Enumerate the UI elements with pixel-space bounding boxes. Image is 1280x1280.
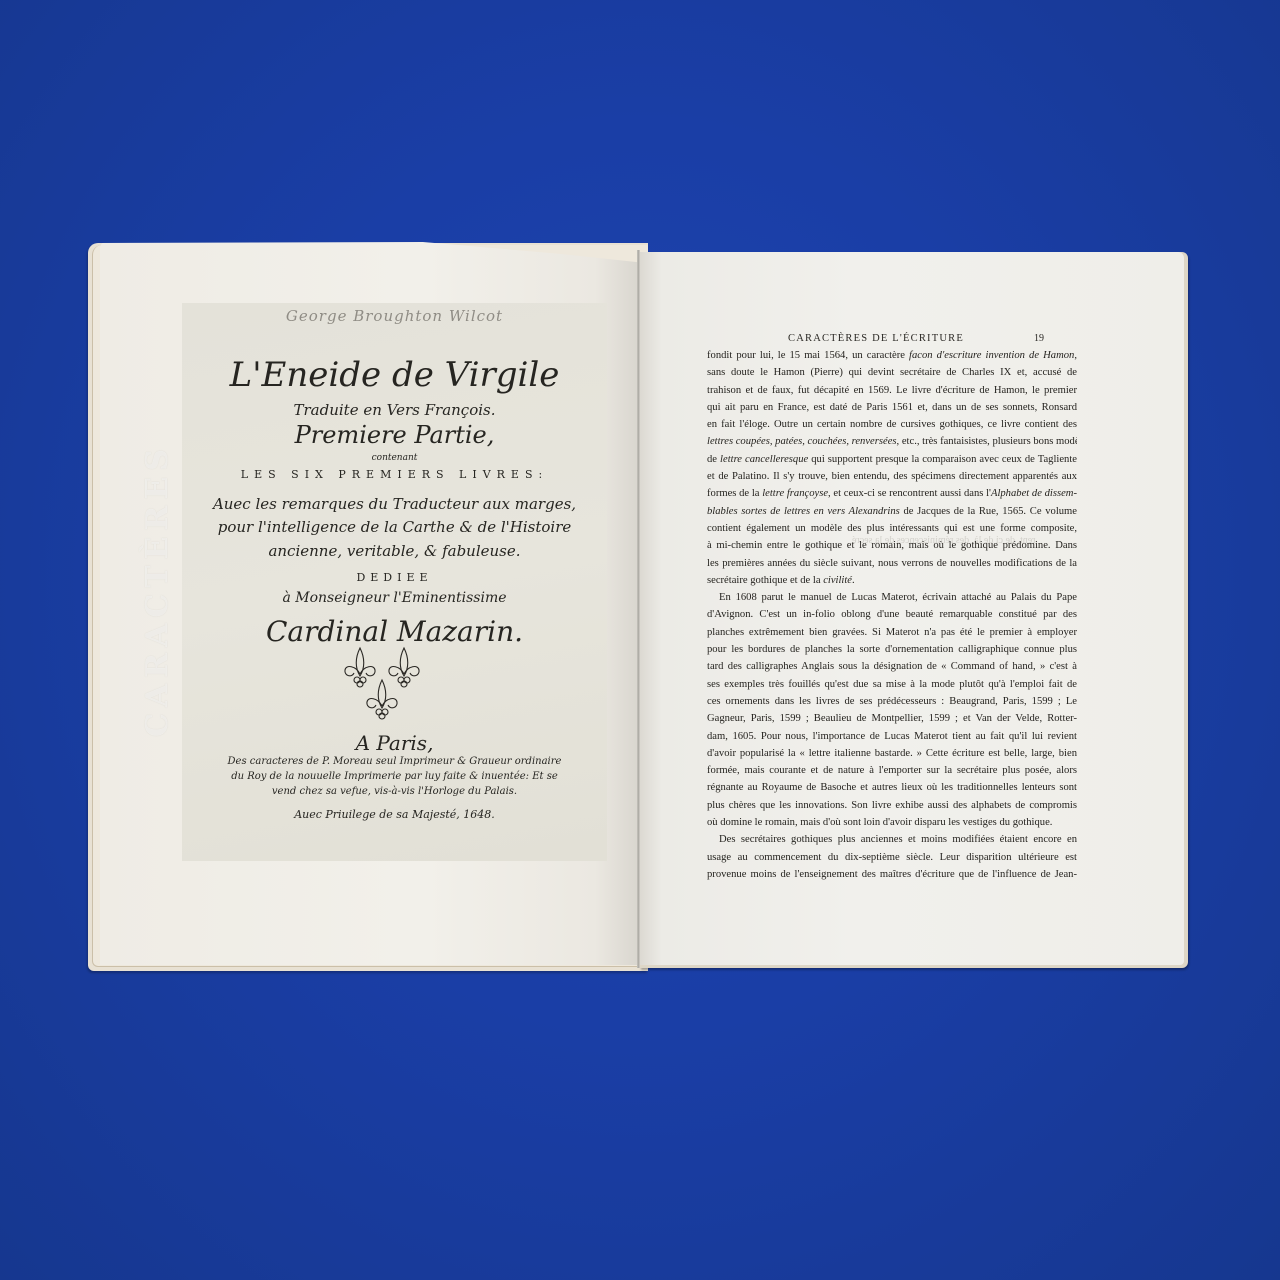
- text-line: tard des calligraphes Anglais sous la dé…: [707, 658, 1077, 675]
- text-line: usage au commencement du dix-septième si…: [707, 849, 1077, 866]
- text-line: contient également un modèle des plus in…: [707, 520, 1077, 537]
- text-line: fondit pour lui, le 15 mai 1564, un cara…: [707, 347, 1077, 364]
- text-line: sans doute le Hamon (Pierre) qui devint …: [707, 364, 1077, 381]
- plate-remarks-line: ancienne, veritable, & fabuleuse.: [182, 542, 607, 560]
- plate-dedication-to: à Monseigneur l'Eminentissime: [182, 590, 607, 606]
- plate-place: A Paris,: [182, 731, 607, 755]
- text-line: ces ornements dans les livres de ses pré…: [707, 693, 1077, 710]
- text-line: dam, 1605. Pour nous, l'importance de Lu…: [707, 728, 1077, 745]
- text-line: d'Avignon. C'est un in-folio oblong d'un…: [707, 606, 1077, 623]
- page-number: 19: [1034, 333, 1044, 344]
- book-gutter: [637, 250, 640, 968]
- open-book: CARACTÈRES George Broughton Wilcot L'Ene…: [0, 0, 1280, 1280]
- text-line: plus chères que les innovations. Son liv…: [707, 797, 1077, 814]
- text-line: à mi-chemin entre le gothique et le roma…: [707, 537, 1077, 554]
- text-line: formée, mais courante et de nature à l'e…: [707, 762, 1077, 779]
- plate-part: Premiere Partie,: [182, 421, 607, 449]
- plate-imprint-line: Des caracteres de P. Moreau seul Imprime…: [182, 756, 607, 767]
- text-line: provenue moins de l'enseignement des maî…: [707, 866, 1077, 883]
- text-line: formes de la lettre françoyse, et ceux-c…: [707, 485, 1077, 502]
- text-line: qui ait paru en France, est daté de Pari…: [707, 399, 1077, 416]
- plate-imprint-line: du Roy de la nouuelle Imprimerie par luy…: [182, 771, 607, 782]
- text-line: Des secrétaires gothiques plus anciennes…: [707, 831, 1077, 848]
- text-line: et de Palatino. Il s'y trouve, bien ente…: [707, 468, 1077, 485]
- body-text: fondit pour lui, le 15 mai 1564, un cara…: [707, 347, 1077, 883]
- text-line: d'avoir popularisé la « lettre italienne…: [707, 745, 1077, 762]
- running-head: CARACTÈRES DE L'ÉCRITURE: [788, 333, 964, 344]
- text-line: pour les bordures de planches la sorte d…: [707, 641, 1077, 658]
- text-line: en fait l'éloge. Outre un certain nombre…: [707, 416, 1077, 433]
- plate-imprint-line: vend chez sa vefue, vis-à-vis l'Horloge …: [182, 786, 607, 797]
- plate-subtitle: Traduite en Vers François.: [182, 401, 607, 419]
- text-line: où domine le romain, mais d'où sont loin…: [707, 814, 1077, 831]
- plate-dedicatee: Cardinal Mazarin.: [182, 615, 607, 648]
- text-line: En 1608 parut le manuel de Lucas Materot…: [707, 589, 1077, 606]
- plate-remarks-line: Auec les remarques du Traducteur aux mar…: [182, 495, 607, 513]
- title-page-plate: George Broughton Wilcot L'Eneide de Virg…: [182, 303, 607, 861]
- text-line: trahison et de faux, fut décapité en 156…: [707, 382, 1077, 399]
- text-line: lettres coupées, patées, couchées, renve…: [707, 433, 1077, 450]
- fleur-de-lis-ornament-icon: [332, 646, 457, 726]
- text-line: Gagneur, Paris, 1599 ; Beaulieu de Montp…: [707, 710, 1077, 727]
- text-line: planches extrêmement bien gravées. Si Ma…: [707, 624, 1077, 641]
- text-line: régnante au Royaume de Basoche et autres…: [707, 779, 1077, 796]
- plate-containing: contenant: [182, 453, 607, 463]
- text-line: de lettre cancelleresque qui supportent …: [707, 451, 1077, 468]
- plate-dedication-label: DEDIEE: [182, 571, 607, 584]
- plate-books: LES SIX PREMIERS LIVRES:: [182, 468, 607, 481]
- plate-privilege: Auec Priuilege de sa Majesté, 1648.: [182, 808, 607, 821]
- plate-remarks-line: pour l'intelligence de la Carthe & de l'…: [182, 518, 607, 536]
- spine-show-through-text: CARACTÈRES: [140, 270, 180, 910]
- plate-title: L'Eneide de Virgile: [182, 355, 607, 395]
- owner-signature: George Broughton Wilcot: [182, 307, 607, 325]
- text-line: secrétaire gothique et de la civilité.: [707, 572, 1077, 589]
- text-line: blables sortes de lettres en vers Alexan…: [707, 503, 1077, 520]
- text-line: les premières années du siècle suivant, …: [707, 555, 1077, 572]
- text-line: ses exemples très fouillés qu'est due sa…: [707, 676, 1077, 693]
